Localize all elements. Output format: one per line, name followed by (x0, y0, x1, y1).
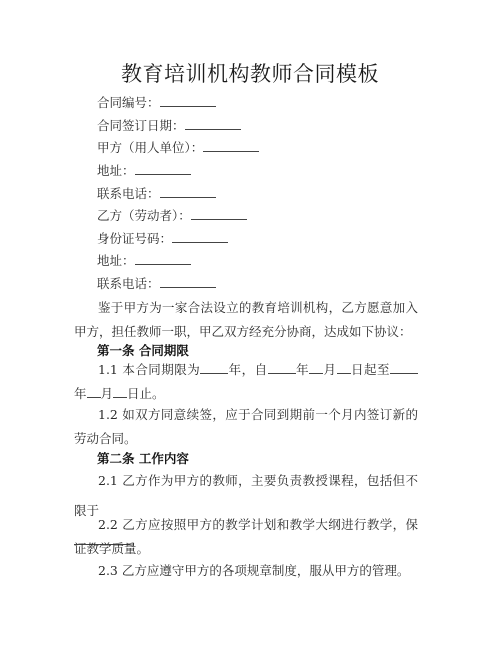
section-heading-term: 第一条 合同期限 (97, 341, 189, 359)
document-page: 教育培训机构教师合同模板 合同编号： 合同签订日期： 甲方（用人单位）： 地址：… (0, 0, 500, 647)
field-party-b-phone: 联系电话： (97, 276, 216, 292)
clause-1-2: 1.2 如双方同意续签，应于合同到期前一个月内签订新的劳动合同。 (74, 403, 418, 451)
fill-blank[interactable] (160, 186, 216, 198)
clause-number: 2.2 (98, 517, 118, 532)
clause-number: 2.1 (98, 473, 118, 488)
field-contract-number: 合同编号： (97, 95, 216, 111)
fill-blank[interactable] (135, 253, 191, 265)
fill-blank[interactable] (203, 140, 259, 152)
clause-number: 2.3 (98, 563, 118, 578)
preamble-paragraph: 鉴于甲方为一家合法设立的教育培训机构，乙方愿意加入甲方，担任教师一职，甲乙双方经… (74, 296, 418, 344)
field-label: 地址： (97, 253, 135, 268)
fill-blank[interactable] (172, 231, 228, 243)
field-label: 甲方（用人单位）： (97, 140, 203, 155)
field-label: 合同编号： (97, 95, 160, 110)
field-label: 联系电话： (97, 276, 160, 291)
field-label: 身份证号码： (97, 231, 172, 246)
document-title: 教育培训机构教师合同模板 (0, 58, 500, 88)
fill-blank[interactable] (160, 276, 216, 288)
fill-blank[interactable] (309, 362, 323, 374)
fill-blank[interactable] (87, 386, 101, 398)
clause-1-1: 1.1 本合同期限为年，自年月日起至年月日止。 (74, 358, 418, 406)
field-party-b: 乙方（劳动者）： (97, 208, 247, 224)
fill-blank[interactable] (390, 362, 418, 374)
clause-number: 1.1 (98, 362, 118, 377)
field-party-a: 甲方（用人单位）： (97, 140, 259, 156)
section-heading-work: 第二条 工作内容 (97, 449, 189, 467)
fill-blank[interactable] (113, 386, 127, 398)
clause-2-2: 2.2 乙方应按照甲方的教学计划和教学大纲进行教学，保证教学质量。 (74, 513, 418, 561)
fill-blank[interactable] (135, 163, 191, 175)
clause-2-3: 2.3 乙方应遵守甲方的各项规章制度，服从甲方的管理。 (74, 559, 418, 583)
clause-number: 1.2 (98, 407, 118, 422)
fill-blank[interactable] (160, 95, 216, 107)
field-label: 乙方（劳动者）： (97, 208, 191, 223)
fill-blank[interactable] (337, 362, 351, 374)
field-label: 合同签订日期： (97, 118, 185, 133)
fill-blank[interactable] (268, 362, 296, 374)
field-id-number: 身份证号码： (97, 231, 228, 247)
field-label: 地址： (97, 163, 135, 178)
field-label: 联系电话： (97, 186, 160, 201)
field-party-a-address: 地址： (97, 163, 191, 179)
fill-blank[interactable] (191, 208, 247, 220)
field-party-a-phone: 联系电话： (97, 186, 216, 202)
fill-blank[interactable] (185, 118, 241, 130)
field-party-b-address: 地址： (97, 253, 191, 269)
field-sign-date: 合同签订日期： (97, 118, 241, 134)
fill-blank[interactable] (200, 362, 228, 374)
